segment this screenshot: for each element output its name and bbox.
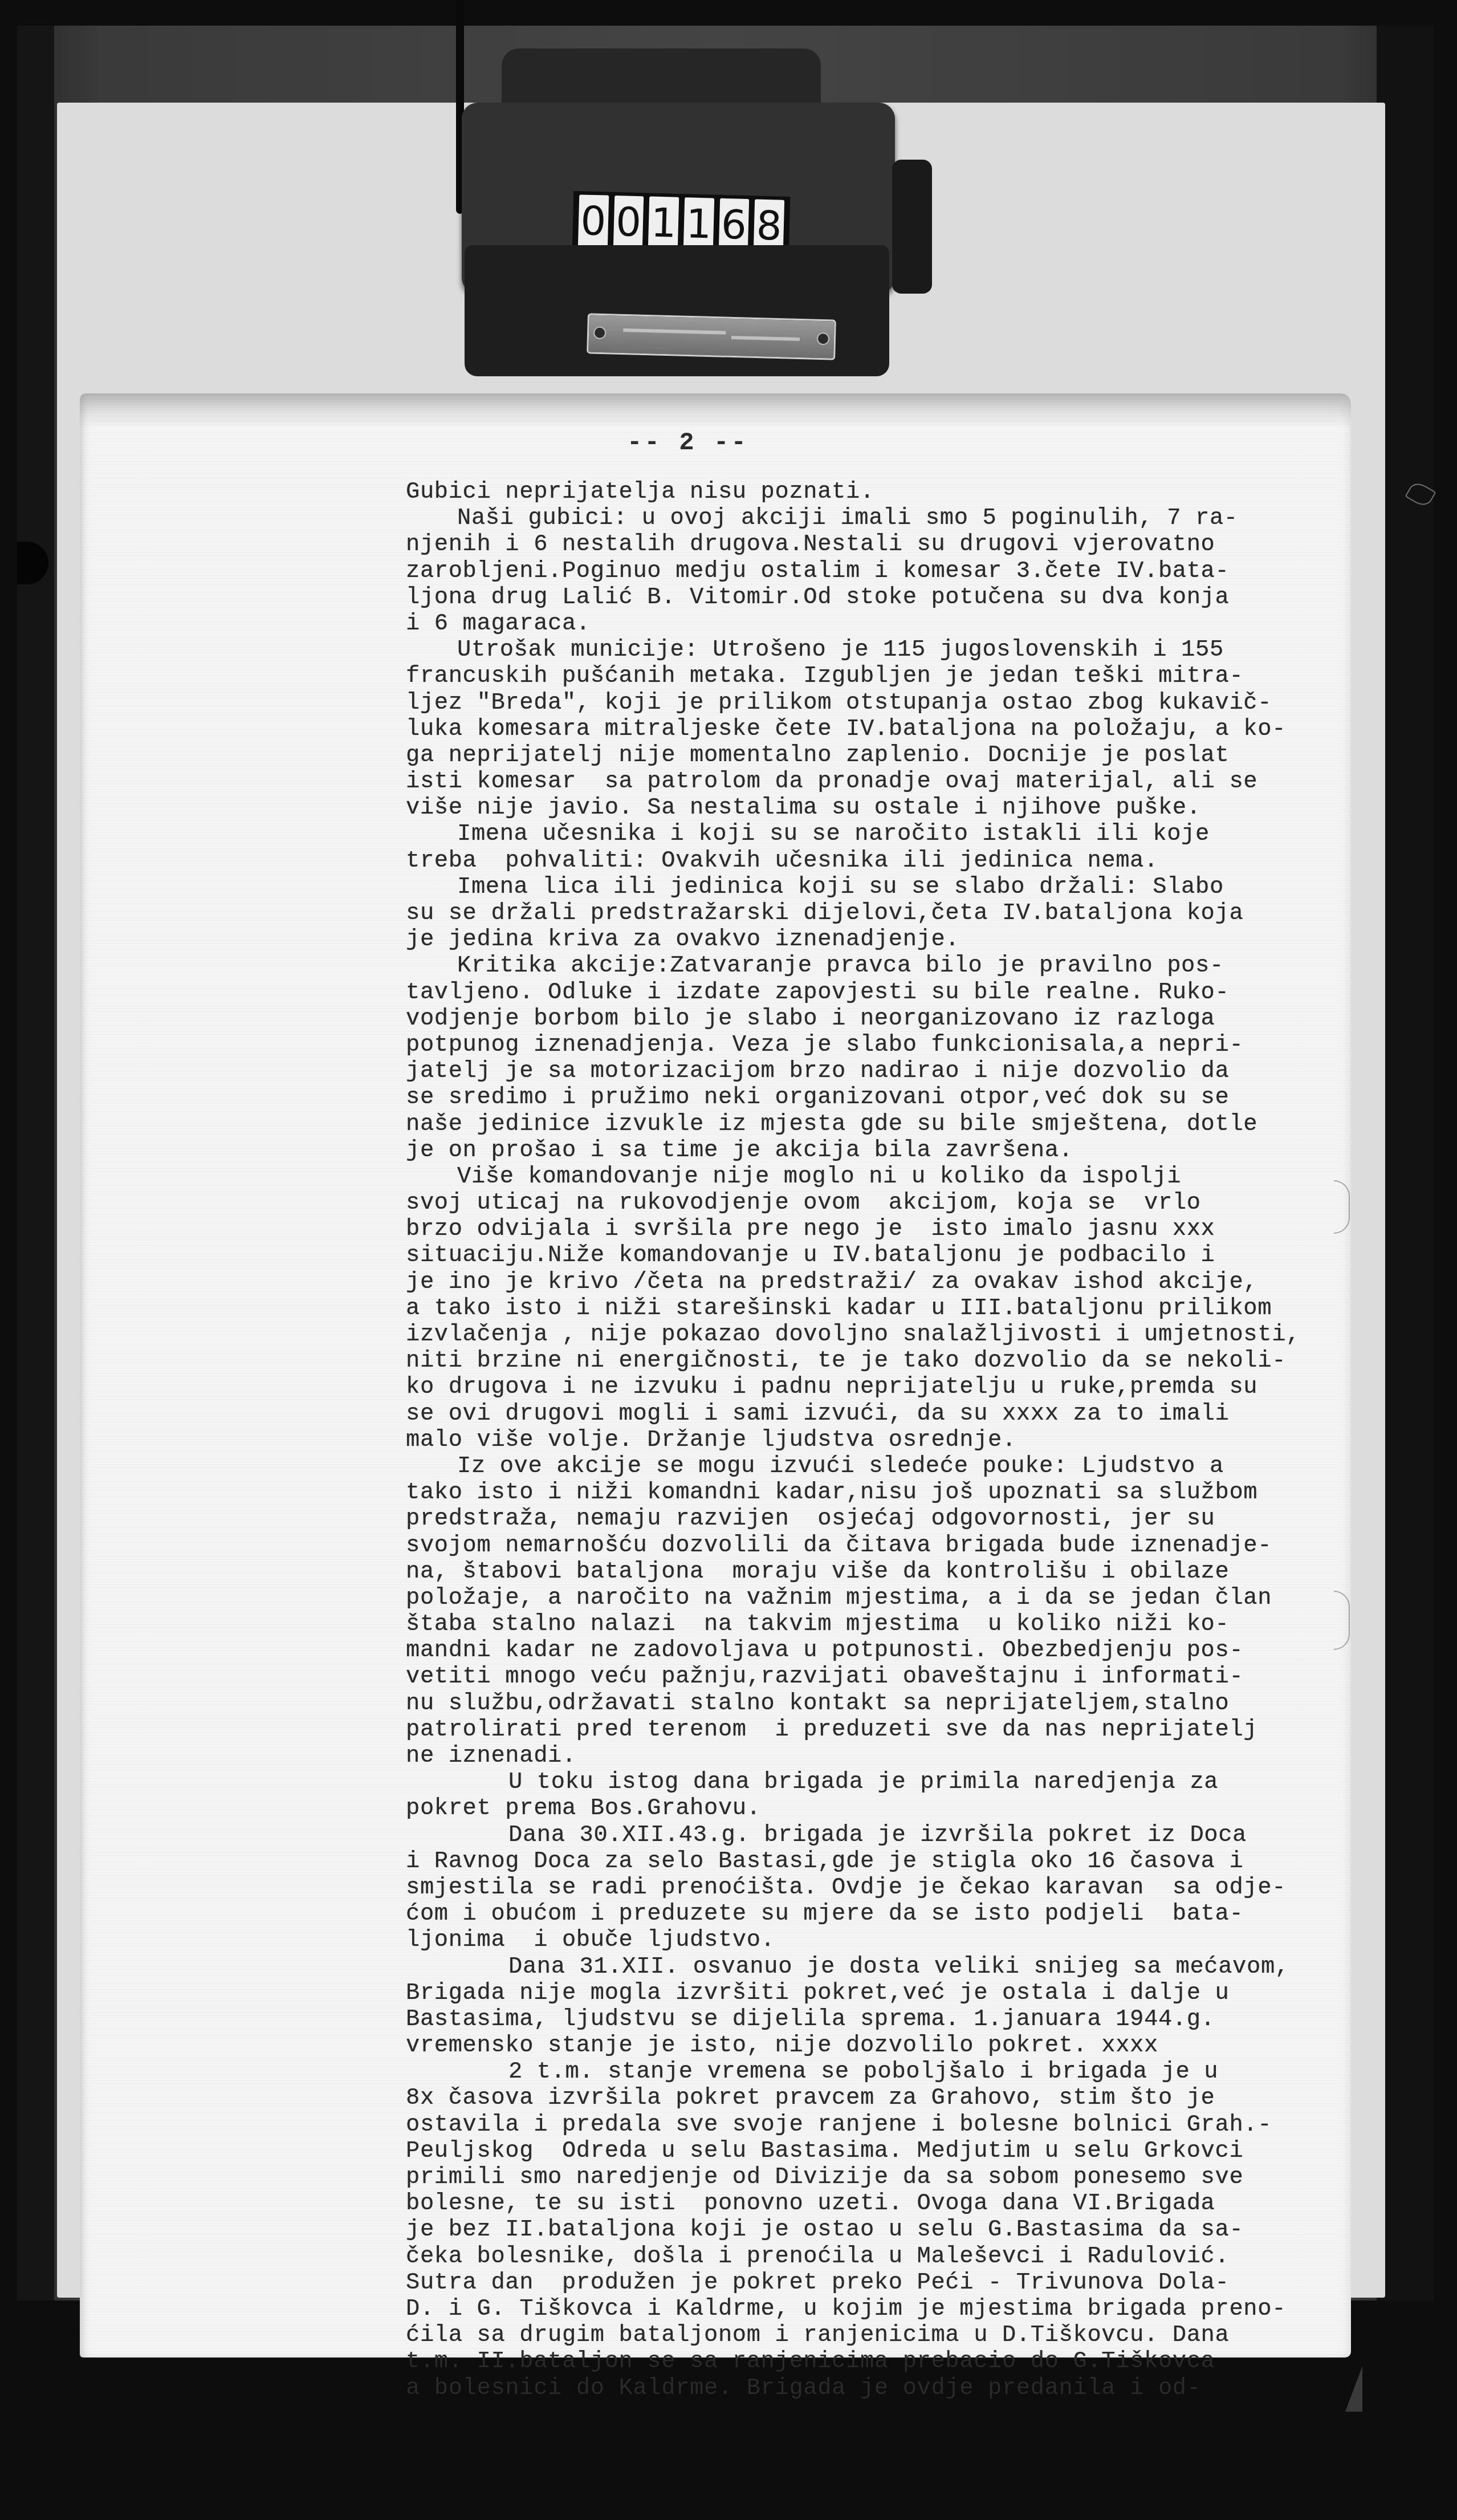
text-line: potpunog iznenadjenja. Veza je slabo fun…: [406, 1032, 1346, 1058]
text-line: Utrošak municije: Utrošeno je 115 jugosl…: [406, 637, 1346, 663]
text-line: Imena lica ili jedinica koji su se slabo…: [406, 874, 1346, 900]
text-line: Kritika akcije:Zatvaranje pravca bilo je…: [406, 953, 1346, 979]
text-line: predstraža, nemaju razvijen osjećaj odgo…: [406, 1506, 1346, 1532]
text-line: nu službu,održavati stalno kontakt sa ne…: [406, 1690, 1346, 1717]
text-line: je on prošao i sa time je akcija bila za…: [406, 1137, 1346, 1164]
text-line: luka komesara mitraljeske čete IV.batalj…: [406, 716, 1346, 742]
text-line: ćom i obućom i preduzete su mjere da se …: [406, 1901, 1346, 1927]
page-corner: [1345, 2366, 1362, 2412]
text-line: t.m. II.bataljon se sa ranjenicima preba…: [406, 2348, 1346, 2375]
text-line: bolesne, te su isti ponovno uzeti. Ovoga…: [406, 2190, 1346, 2217]
text-line: se sredimo i pružimo neki organizovani o…: [406, 1084, 1346, 1111]
text-line: a bolesnici do Kaldrme. Brigada je ovdje…: [406, 2375, 1346, 2401]
film-left-edge: [17, 26, 54, 2300]
text-line: vetiti mnogo veću pažnju,razvijati obave…: [406, 1664, 1346, 1690]
frame-counter-device: 0 0 1 1 6 8: [462, 48, 975, 391]
text-line: vodjenje borbom bilo je slabo i neorgani…: [406, 1006, 1346, 1032]
counter-top-housing: [502, 48, 821, 111]
counter-digit: 1: [683, 197, 714, 251]
text-line: situaciju.Niže komandovanje u IV.bataljo…: [406, 1242, 1346, 1269]
text-line: Naši gubici: u ovoj akciji imali smo 5 p…: [406, 505, 1346, 531]
text-line: su se držali predstražarski dijelovi,čet…: [406, 900, 1346, 926]
text-line: Gubici neprijatelja nisu poznati.: [406, 479, 1346, 505]
text-line: malo više volje. Držanje ljudstva osredn…: [406, 1427, 1346, 1453]
text-line: je bez II.bataljona koji je ostao u selu…: [406, 2217, 1346, 2243]
text-line: čeka bolesnike, došla i prenoćila u Male…: [406, 2243, 1346, 2270]
text-line: brzo odvijala i svršila pre nego je isto…: [406, 1216, 1346, 1242]
film-right-edge: [1377, 26, 1434, 2300]
text-line: ostavila i predala sve svoje ranjene i b…: [406, 2112, 1346, 2138]
text-line: D. i G. Tiškovca i Kaldrme, u kojim je m…: [406, 2296, 1346, 2322]
text-line: pokret prema Bos.Grahovu.: [406, 1795, 1346, 1822]
counter-knob: [892, 160, 932, 294]
text-line: mandni kadar ne zadovoljava u potpunosti…: [406, 1637, 1346, 1664]
typewritten-body: Gubici neprijatelja nisu poznati.Naši gu…: [406, 479, 1346, 2401]
text-line: U toku istog dana brigada je primila nar…: [406, 1769, 1346, 1795]
counter-digit: 0: [613, 196, 644, 249]
text-line: svoj uticaj na rukovodjenje ovom akcijom…: [406, 1190, 1346, 1216]
text-line: vremensko stanje je isto, nije dozvolilo…: [406, 2033, 1346, 2059]
counter-digit: 0: [578, 194, 609, 248]
text-line: ljez "Breda", koji je prilikom otstupanj…: [406, 690, 1346, 716]
text-line: i 6 magaraca.: [406, 611, 1346, 637]
text-line: Dana 31.XII. osvanuo je dosta veliki sni…: [406, 1954, 1346, 1980]
counter-lower-housing: [465, 245, 889, 376]
text-line: Peuljskog Odreda u selu Bastasima. Medju…: [406, 2138, 1346, 2164]
text-line: Brigada nije mogla izvršiti pokret,već j…: [406, 1980, 1346, 2006]
text-line: njenih i 6 nestalih drugova.Nestali su d…: [406, 531, 1346, 558]
text-line: naše jedinice izvukle iz mjesta gde su b…: [406, 1111, 1346, 1137]
text-line: na, štabovi bataljona moraju više da kon…: [406, 1559, 1346, 1585]
text-line: tavljeno. Odluke i izdate zapovjesti su …: [406, 979, 1346, 1006]
text-line: ga neprijatelj nije momentalno zaplenio.…: [406, 742, 1346, 769]
text-line: je jedina kriva za ovakvo iznenadjenje.: [406, 926, 1346, 953]
text-line: i Ravnog Doca za selo Bastasi,gde je sti…: [406, 1848, 1346, 1875]
text-line: primili smo naredjenje od Divizije da sa…: [406, 2164, 1346, 2190]
text-line: jatelj je sa motorizacijom brzo nadirao …: [406, 1058, 1346, 1084]
nameplate-engraving: [731, 336, 800, 341]
text-line: Bastasima, ljudstvu se dijelila sprema. …: [406, 2006, 1346, 2033]
text-line: Imena učesnika i koji su se naročito ist…: [406, 821, 1346, 847]
text-line: je ino je krivo /četa na predstraži/ za …: [406, 1269, 1346, 1295]
text-line: tako isto i niži komandni kadar,nisu još…: [406, 1480, 1346, 1506]
text-line: Dana 30.XII.43.g. brigada je izvršila po…: [406, 1822, 1346, 1848]
counter-digit: 6: [718, 198, 749, 252]
text-line: izvlačenja , nije pokazao dovoljno snala…: [406, 1322, 1346, 1348]
text-line: 2 t.m. stanje vremena se poboljšalo i br…: [406, 2059, 1346, 2085]
page-number: -- 2 --: [627, 429, 748, 457]
text-line: francuskih pušćanih metaka. Izgubljen je…: [406, 663, 1346, 689]
counter-digit: 1: [648, 197, 679, 250]
microfilm-frame: 0 0 1 1 6 8 -- 2 -- Gubici neprijatelja …: [0, 0, 1457, 2520]
screw-icon: [593, 327, 607, 340]
text-line: patrolirati pred terenom i preduzeti sve…: [406, 1717, 1346, 1743]
text-line: niti brzine ni energičnosti, te je tako …: [406, 1348, 1346, 1374]
nameplate-engraving: [623, 328, 726, 335]
text-line: svojom nemarnošću dozvolili da čitava br…: [406, 1533, 1346, 1559]
text-line: ne iznenadi.: [406, 1743, 1346, 1769]
text-line: ćila sa drugim bataljonom i ranjenicima …: [406, 2322, 1346, 2348]
text-line: se ovi drugovi mogli i sami izvući, da s…: [406, 1401, 1346, 1427]
text-line: više nije javio. Sa nestalima su ostale …: [406, 795, 1346, 821]
text-line: 8x časova izvršila pokret pravcem za Gra…: [406, 2085, 1346, 2111]
page-fold-shadow: [80, 393, 1351, 428]
text-line: Iz ove akcije se mogu izvući sledeće pou…: [406, 1453, 1346, 1480]
text-line: a tako isto i niži starešinski kadar u I…: [406, 1295, 1346, 1322]
text-line: ljonima i obuče ljudstvo.: [406, 1927, 1346, 1953]
counter-nameplate: [587, 313, 836, 360]
screw-icon: [817, 332, 830, 346]
text-line: Više komandovanje nije moglo ni u koliko…: [406, 1164, 1346, 1190]
text-line: Sutra dan produžen je pokret preko Peći …: [406, 2270, 1346, 2296]
text-line: ljona drug Lalić B. Vitomir.Od stoke pot…: [406, 584, 1346, 611]
text-line: smjestila se radi prenoćišta. Ovdje je č…: [406, 1875, 1346, 1901]
text-line: položaje, a naročito na važnim mjestima,…: [406, 1585, 1346, 1611]
text-line: isti komesar sa patrolom da pronadje ova…: [406, 769, 1346, 795]
text-line: ko drugova i ne izvuku i padnu neprijate…: [406, 1374, 1346, 1400]
text-line: treba pohvaliti: Ovakvih učesnika ili je…: [406, 848, 1346, 874]
text-line: zarobljeni.Poginuo medju ostalim i komes…: [406, 558, 1346, 584]
text-line: štaba stalno nalazi na takvim mjestima u…: [406, 1611, 1346, 1637]
